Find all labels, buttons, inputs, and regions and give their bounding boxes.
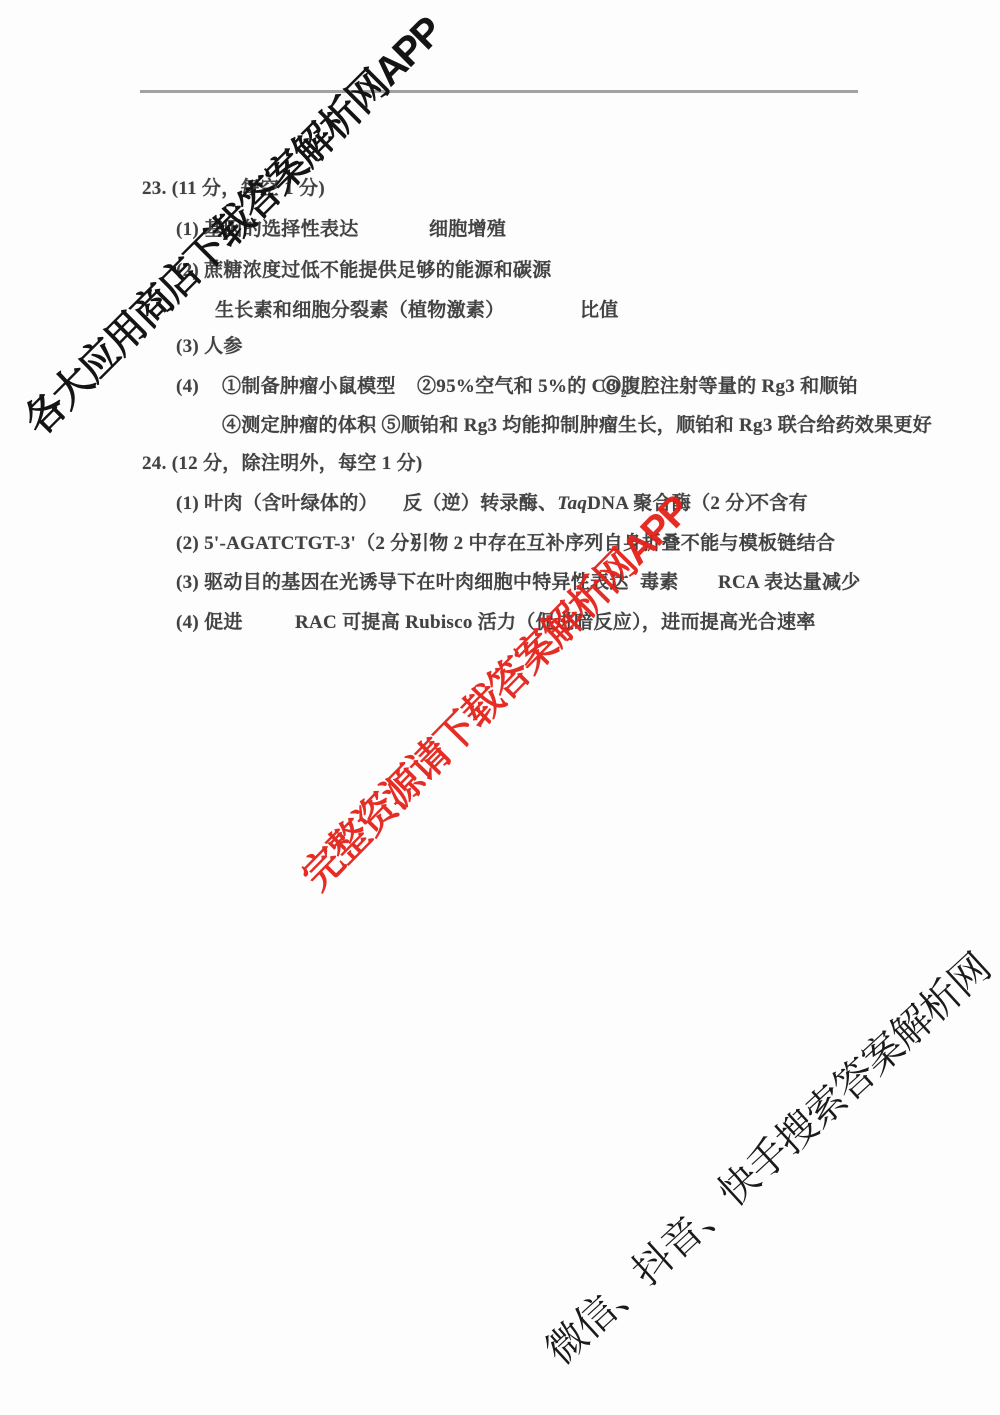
q23-answer-4-step2-text: ②95%空气和 5%的 CO xyxy=(417,376,621,397)
q23-answer-4-line2: ④测定肿瘤的体积 ⑤顺铂和 Rg3 均能抑制肿瘤生长，顺铂和 Rg3 联合给药效… xyxy=(222,414,932,437)
scanned-document-page: 23. (11 分，每空 1 分) (1) 基因的选择性表达 细胞增殖 (2) … xyxy=(0,0,1000,1415)
q24-answer-4-rest: RAC 可提高 Rubisco 活力（促进暗反应），进而提高光合速率 xyxy=(295,611,816,634)
q24-answer-3-blank2: 毒素 xyxy=(640,571,679,594)
q23-answer-4-step2: ②95%空气和 5%的 CO2 xyxy=(417,375,627,405)
question-23-header: 23. (11 分，每空 1 分) xyxy=(142,177,325,200)
q23-answer-1-blank2: 细胞增殖 xyxy=(429,218,506,241)
q24-answer-1-blank2-post: DNA 聚合酶（2 分） xyxy=(587,493,764,514)
q23-answer-2: (2) 蔗糖浓度过低不能提供足够的能源和碳源 xyxy=(176,259,552,282)
q23-answer-4-label: (4) xyxy=(176,375,199,398)
q24-answer-1-blank3: 不含有 xyxy=(750,492,808,515)
q24-answer-1-blank2: 反（逆）转录酶、TaqDNA 聚合酶（2 分） xyxy=(403,492,764,515)
q23-answer-4-step1: ①制备肿瘤小鼠模型 xyxy=(222,375,396,398)
q24-answer-2-blank2: 引物 2 中存在互补序列自身折叠不能与模板链结合 xyxy=(410,532,835,555)
q24-answer-3-blank3: RCA 表达量减少 xyxy=(718,571,861,594)
divider-line xyxy=(140,90,858,93)
q24-answer-4: (4) 促进 xyxy=(176,611,243,634)
q23-answer-2-line2: 生长素和细胞分裂素（植物激素） xyxy=(215,299,505,322)
q23-answer-2-line2-blank: 比值 xyxy=(580,299,619,322)
q24-answer-1-blank2-pre: 反（逆）转录酶、 xyxy=(403,493,557,514)
q23-answer-4-step3: ③腹腔注射等量的 Rg3 和顺铂 xyxy=(602,375,858,398)
q24-answer-2: (2) 5'-AGATCTGT-3'（2 分） xyxy=(176,532,429,555)
watermark-social-search: 微信、抖音、快手搜索答案解析网 xyxy=(537,945,1000,1375)
q23-answer-3: (3) 人参 xyxy=(176,335,243,358)
taq-italic-text: Taq xyxy=(557,493,587,514)
q24-answer-1: (1) 叶肉（含叶绿体的） xyxy=(176,492,378,515)
q23-answer-1: (1) 基因的选择性表达 xyxy=(176,218,359,241)
question-24-header: 24. (12 分，除注明外，每空 1 分) xyxy=(142,452,423,475)
q24-answer-3: (3) 驱动目的基因在光诱导下在叶肉细胞中特异性表达 xyxy=(176,571,629,594)
